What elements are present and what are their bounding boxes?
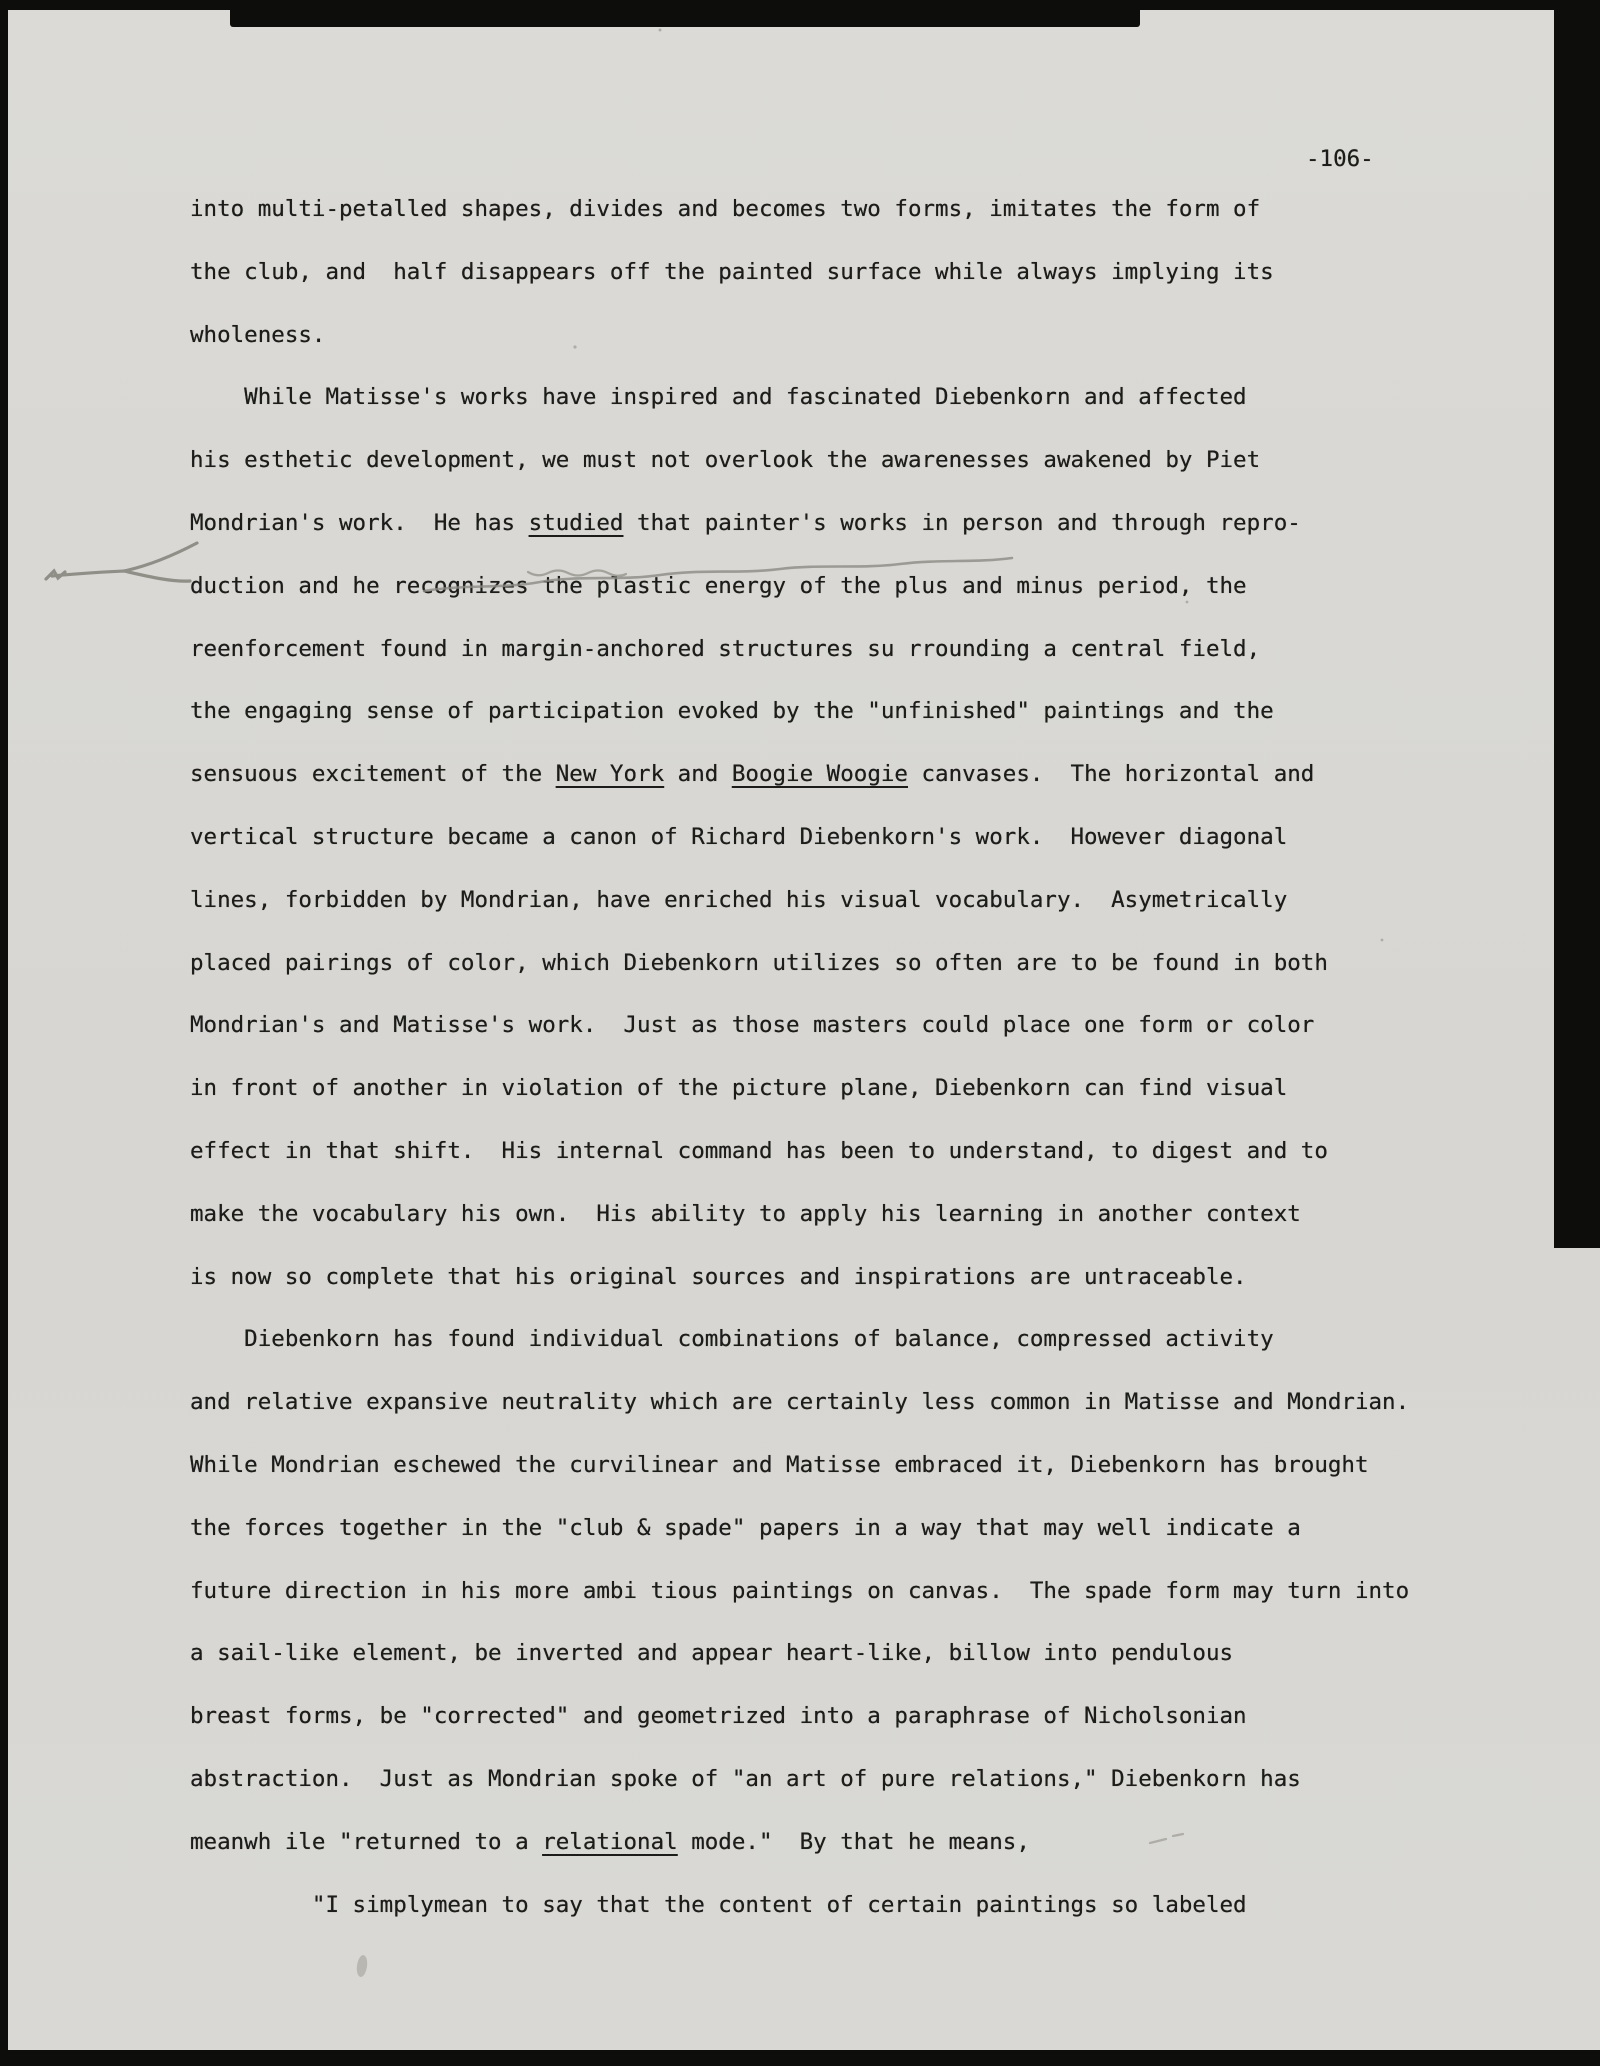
text-line: breast forms, be "corrected" and geometr…: [190, 1703, 1550, 1766]
text-segment: the club, and half disappears off the pa…: [190, 259, 1274, 285]
text-segment: While Mondrian eschewed the curvilinear …: [190, 1452, 1369, 1478]
text-segment: and: [664, 761, 732, 787]
text-line: placed pairings of color, which Diebenko…: [190, 950, 1550, 1013]
text-line: meanwh ile "returned to a relational mod…: [190, 1829, 1550, 1892]
text-segment: sensuous excitement of the: [190, 761, 556, 787]
text-segment: the engaging sense of participation evok…: [190, 698, 1274, 724]
text-segment: future direction in his more ambi tious …: [190, 1578, 1409, 1604]
text-segment: lines, forbidden by Mondrian, have enric…: [190, 887, 1287, 913]
text-line: While Matisse's works have inspired and …: [190, 384, 1550, 447]
text-segment: reenforcement found in margin-anchored s…: [190, 636, 1260, 662]
text-segment: vertical structure became a canon of Ric…: [190, 824, 1287, 850]
scan-border-right: [1554, 0, 1600, 1248]
text-line: a sail-like element, be inverted and app…: [190, 1640, 1550, 1703]
text-segment: into multi-petalled shapes, divides and …: [190, 196, 1260, 222]
text-segment: that painter's works in person and throu…: [623, 510, 1300, 536]
text-segment: Mondrian's work. He has: [190, 510, 529, 536]
text-line: reenforcement found in margin-anchored s…: [190, 636, 1550, 699]
underlined-phrase: studied: [529, 510, 624, 536]
text-segment: "I simplymean to say that the content of…: [190, 1892, 1247, 1918]
text-line: future direction in his more ambi tious …: [190, 1578, 1550, 1641]
text-line: his esthetic development, we must not ov…: [190, 447, 1550, 510]
text-lines: into multi-petalled shapes, divides and …: [190, 196, 1550, 1954]
underlined-phrase: Boogie Woogie: [732, 761, 908, 787]
scan-border-bottom: [0, 2050, 1600, 2066]
underlined-phrase: relational: [542, 1829, 677, 1855]
page-number: -106-: [1306, 146, 1374, 172]
text-line: sensuous excitement of the New York and …: [190, 761, 1550, 824]
text-segment: mode." By that he means,: [678, 1829, 1030, 1855]
text-line: lines, forbidden by Mondrian, have enric…: [190, 887, 1550, 950]
text-line: in front of another in violation of the …: [190, 1075, 1550, 1138]
text-segment: meanwh ile "returned to a: [190, 1829, 542, 1855]
text-segment: Mondrian's and Matisse's work. Just as t…: [190, 1012, 1314, 1038]
text-line: Mondrian's work. He has studied that pai…: [190, 510, 1550, 573]
text-segment: duction and he recognizes the plastic en…: [190, 573, 1247, 599]
text-line: Mondrian's and Matisse's work. Just as t…: [190, 1012, 1550, 1075]
text-line: Diebenkorn has found individual combinat…: [190, 1326, 1550, 1389]
text-segment: canvases. The horizontal and: [908, 761, 1314, 787]
text-line: make the vocabulary his own. His ability…: [190, 1201, 1550, 1264]
text-segment: effect in that shift. His internal comma…: [190, 1138, 1328, 1164]
text-segment: While Matisse's works have inspired and …: [190, 384, 1247, 410]
text-segment: Diebenkorn has found individual combinat…: [190, 1326, 1274, 1352]
text-line: into multi-petalled shapes, divides and …: [190, 196, 1550, 259]
text-line: vertical structure became a canon of Ric…: [190, 824, 1550, 887]
text-line: wholeness.: [190, 322, 1550, 385]
underlined-phrase: New York: [556, 761, 664, 787]
text-line: is now so complete that his original sou…: [190, 1264, 1550, 1327]
text-segment: make the vocabulary his own. His ability…: [190, 1201, 1301, 1227]
text-segment: breast forms, be "corrected" and geometr…: [190, 1703, 1247, 1729]
text-segment: the forces together in the "club & spade…: [190, 1515, 1301, 1541]
text-segment: abstraction. Just as Mondrian spoke of "…: [190, 1766, 1301, 1792]
text-segment: wholeness.: [190, 322, 325, 348]
scan-border-top-thick: [230, 0, 1140, 27]
text-segment: placed pairings of color, which Diebenko…: [190, 950, 1328, 976]
text-line: and relative expansive neutrality which …: [190, 1389, 1550, 1452]
text-line: the club, and half disappears off the pa…: [190, 259, 1550, 322]
text-line: "I simplymean to say that the content of…: [190, 1892, 1550, 1955]
text-line: the engaging sense of participation evok…: [190, 698, 1550, 761]
text-segment: in front of another in violation of the …: [190, 1075, 1287, 1101]
text-line: While Mondrian eschewed the curvilinear …: [190, 1452, 1550, 1515]
text-line: the forces together in the "club & spade…: [190, 1515, 1550, 1578]
text-line: duction and he recognizes the plastic en…: [190, 573, 1550, 636]
text-segment: and relative expansive neutrality which …: [190, 1389, 1409, 1415]
text-segment: his esthetic development, we must not ov…: [190, 447, 1260, 473]
scan-border-left: [0, 0, 8, 2066]
text-segment: is now so complete that his original sou…: [190, 1264, 1247, 1290]
text-segment: a sail-like element, be inverted and app…: [190, 1640, 1233, 1666]
text-line: effect in that shift. His internal comma…: [190, 1138, 1550, 1201]
text-line: abstraction. Just as Mondrian spoke of "…: [190, 1766, 1550, 1829]
